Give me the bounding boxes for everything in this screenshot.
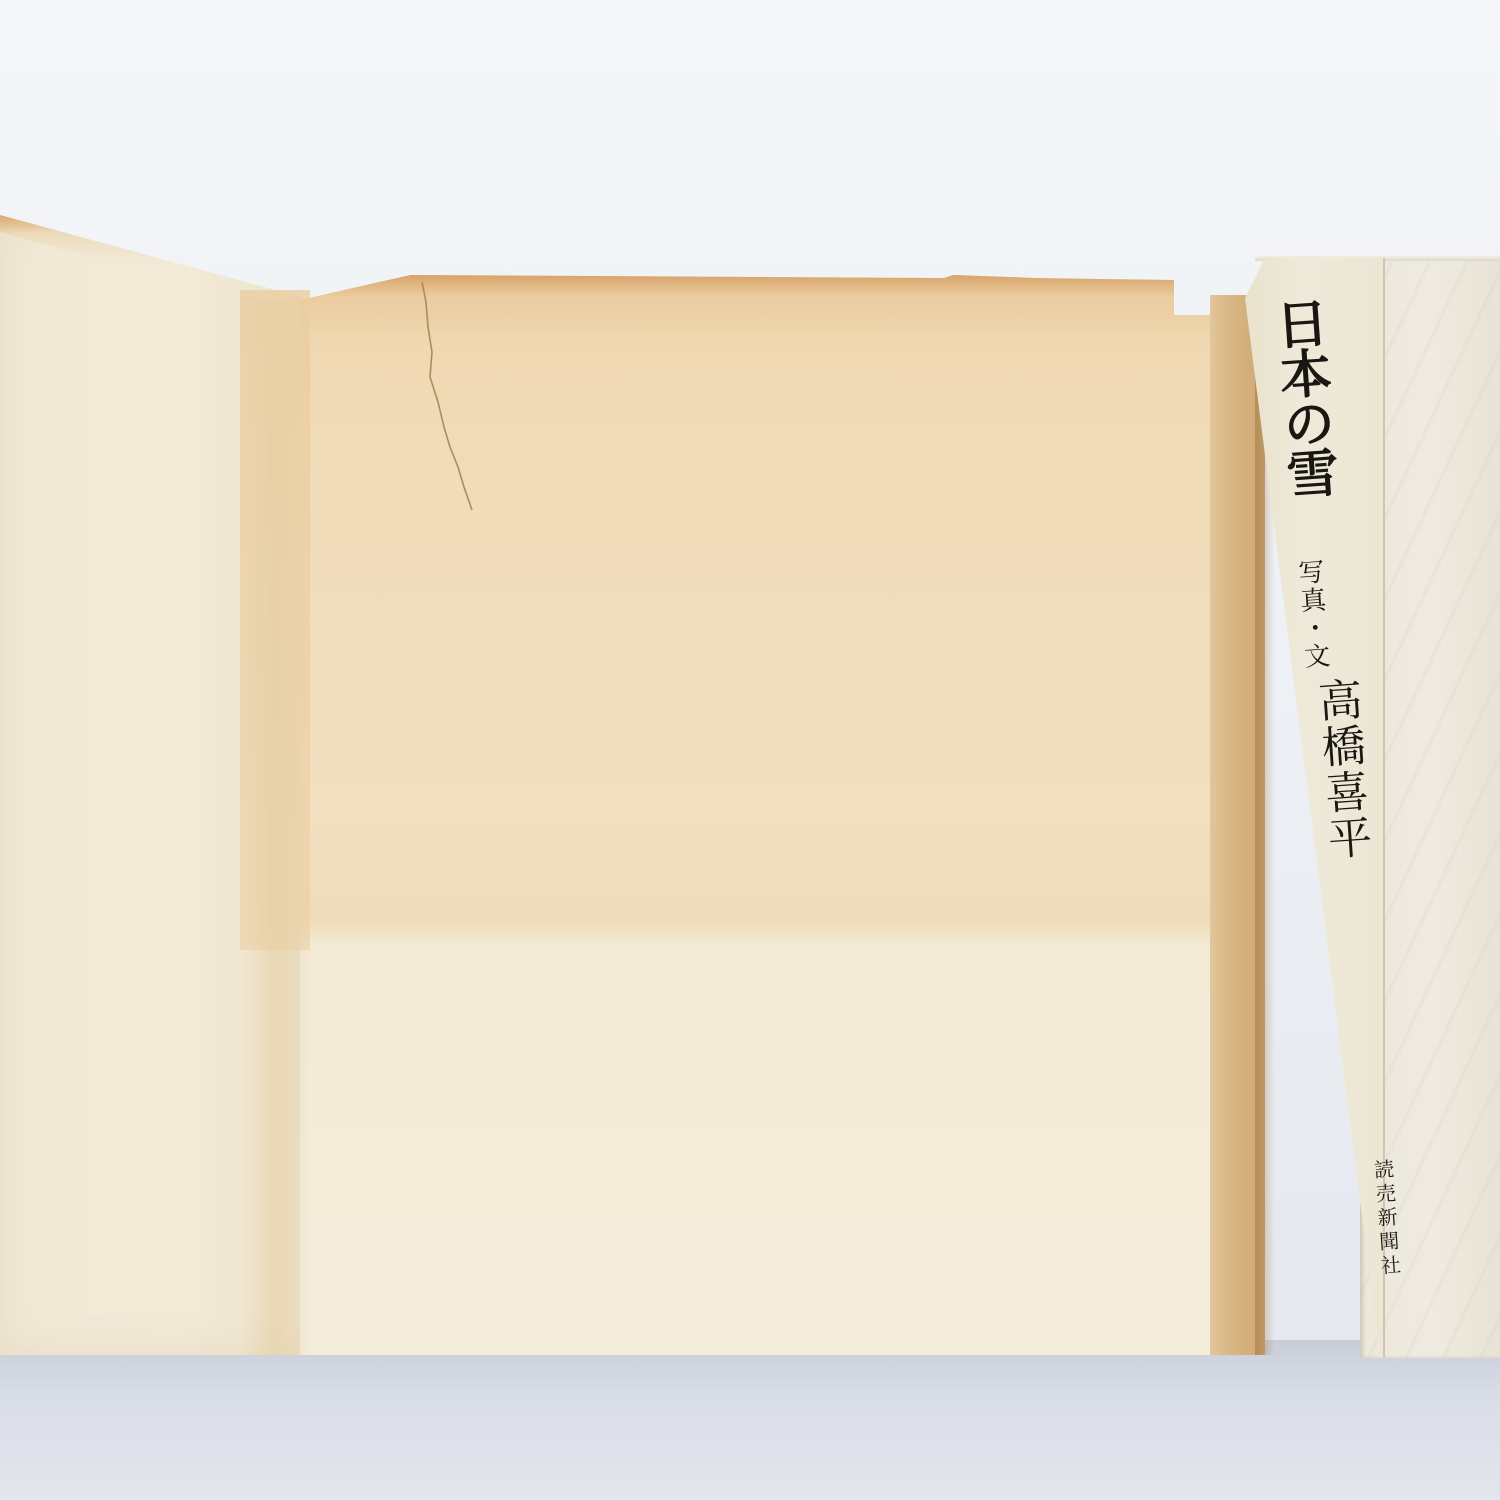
flap-fold-line bbox=[240, 300, 310, 1355]
photo-scene: 日本の雪 写真・文 高橋喜平 読売新聞社 bbox=[0, 0, 1500, 1500]
table-surface bbox=[0, 1340, 1500, 1500]
spine-author: 高橋喜平 bbox=[1302, 676, 1379, 864]
paper-tear-icon bbox=[420, 282, 480, 512]
spine-credit: 写真・文 bbox=[1290, 557, 1335, 671]
spine-title: 日本の雪 bbox=[1258, 295, 1347, 500]
